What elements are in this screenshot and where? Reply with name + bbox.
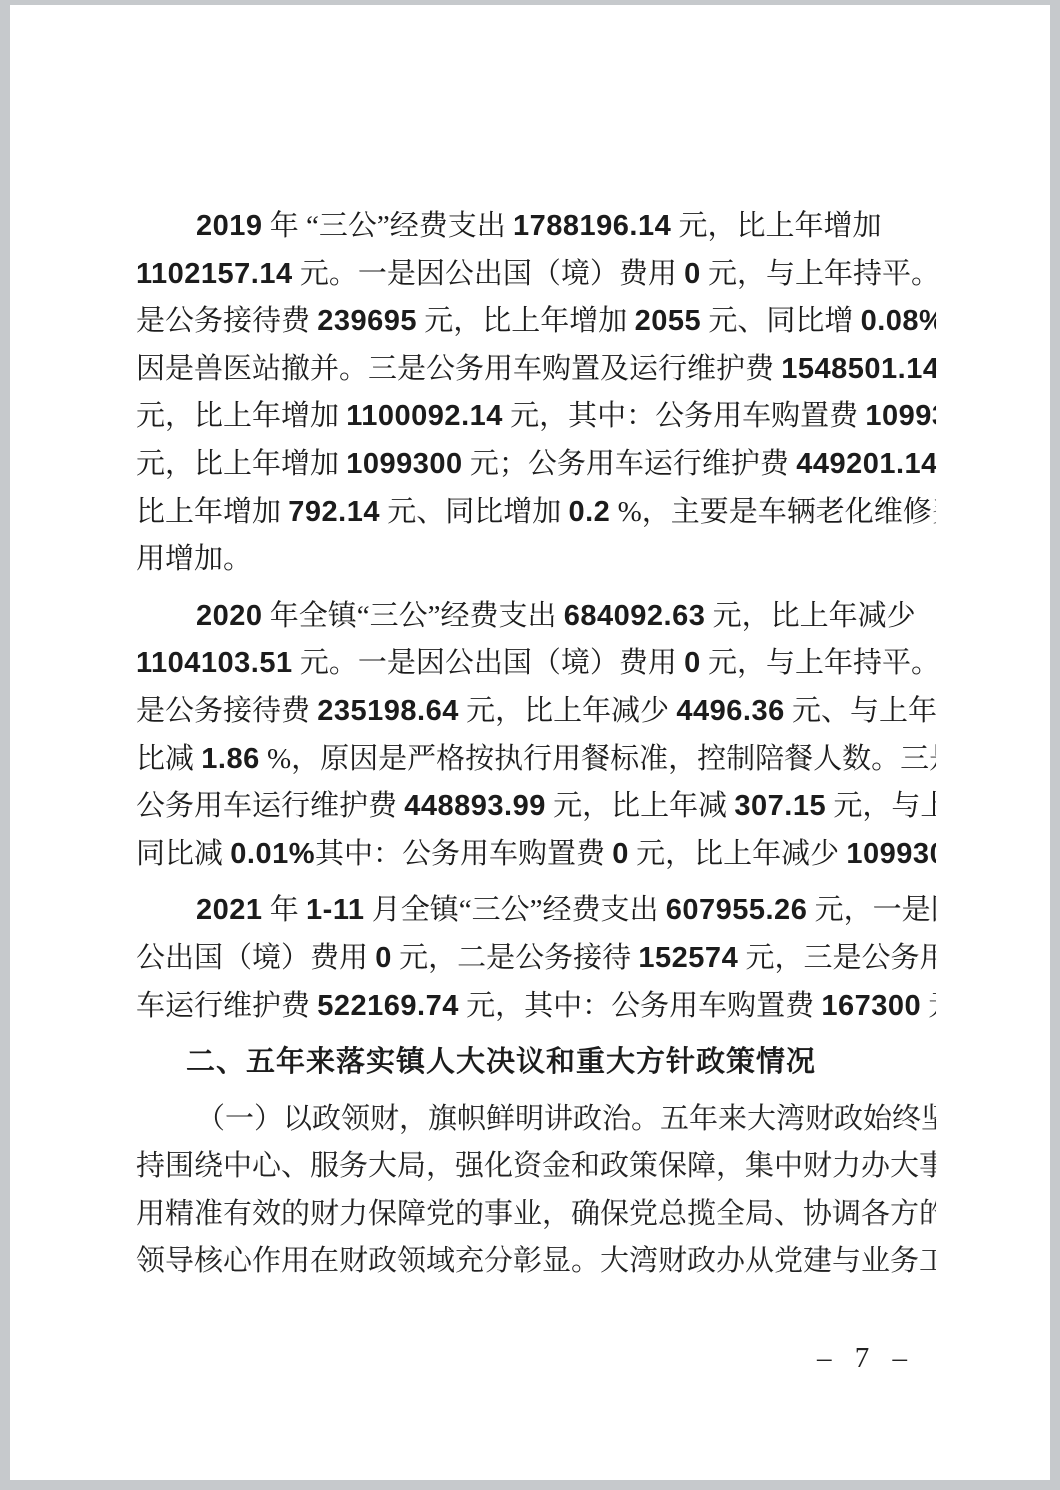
numeric-value: 1099300	[346, 448, 462, 480]
numeric-value: 152574	[638, 942, 738, 974]
numeric-value: 448893.99	[404, 790, 546, 822]
text-line: 2021 年 1-11 月全镇“三公”经费支出 607955.26 元，一是因	[136, 887, 936, 935]
text-line: 元，比上年增加 1099300 元；公务用车运行维护费 449201.14 元，	[136, 441, 936, 489]
numeric-value: 2055	[635, 305, 702, 337]
numeric-value: 1-11	[306, 894, 364, 926]
numeric-value: 0	[684, 258, 701, 290]
text-line: 用增加。	[136, 536, 936, 584]
numeric-value: 1099300	[846, 838, 936, 870]
text-line: 是公务接待费 239695 元，比上年增加 2055 元、同比增 0.08%原	[136, 298, 936, 346]
numeric-value: 792.14	[288, 496, 380, 528]
numeric-value: 1102157.14	[136, 258, 293, 290]
numeric-value: 1788196.14	[513, 210, 671, 242]
paragraph: 2021 年 1-11 月全镇“三公”经费支出 607955.26 元，一是因公…	[136, 887, 936, 1030]
numeric-value: 0.08%	[861, 305, 936, 337]
numeric-value: 1104103.51	[136, 647, 293, 679]
numeric-value: 307.15	[734, 790, 826, 822]
document-page: 2019 年 “三公”经费支出 1788196.14 元，比上年增加110215…	[10, 5, 1050, 1480]
numeric-value: 2020	[196, 600, 263, 632]
numeric-value: 607955.26	[666, 894, 808, 926]
numeric-value: 2019	[196, 210, 263, 242]
numeric-value: 1099300	[865, 400, 936, 432]
text-line: 是公务接待费 235198.64 元，比上年减少 4496.36 元、与上年同	[136, 688, 936, 736]
numeric-value: 449201.14	[796, 448, 936, 480]
numeric-value: 239695	[317, 305, 417, 337]
section-heading: 二、五年来落实镇人大决议和重大方针政策情况	[136, 1039, 936, 1087]
text-line: 元，比上年增加 1100092.14 元，其中：公务用车购置费 1099300	[136, 393, 936, 441]
numeric-value: 522169.74	[317, 990, 459, 1022]
text-line: 用精准有效的财力保障党的事业，确保党总揽全局、协调各方的	[136, 1191, 936, 1239]
text-line: 因是兽医站撤并。三是公务用车购置及运行维护费 1548501.14	[136, 346, 936, 394]
text-line: 车运行维护费 522169.74 元，其中：公务用车购置费 167300 元。	[136, 983, 936, 1031]
numeric-value: 1.86	[201, 743, 259, 775]
numeric-value: 0	[375, 942, 392, 974]
text-line: 领导核心作用在财政领域充分彰显。大湾财政办从党建与业务工	[136, 1238, 936, 1286]
numeric-value: 0	[612, 838, 629, 870]
text-line: 2019 年 “三公”经费支出 1788196.14 元，比上年增加	[136, 203, 936, 251]
text-line: 公务用车运行维护费 448893.99 元，比上年减 307.15 元，与上年	[136, 783, 936, 831]
paragraph: （一）以政领财，旗帜鲜明讲政治。五年来大湾财政始终坚持围绕中心、服务大局，强化资…	[136, 1096, 936, 1286]
numeric-value: 0.2	[568, 496, 610, 528]
numeric-value: 2021	[196, 894, 263, 926]
numeric-value: 684092.63	[564, 600, 706, 632]
text-line: 持围绕中心、服务大局，强化资金和政策保障，集中财力办大事，	[136, 1143, 936, 1191]
numeric-value: 0.01%	[230, 838, 315, 870]
numeric-value: 167300	[821, 990, 921, 1022]
numeric-value: 4496.36	[676, 695, 784, 727]
numeric-value: 1548501.14	[781, 353, 936, 385]
text-line: 同比减 0.01%其中：公务用车购置费 0 元，比上年减少 1099300 元。	[136, 831, 936, 879]
text-line: 比上年增加 792.14 元、同比增加 0.2 %，主要是车辆老化维修费	[136, 489, 936, 537]
text-line: 2020 年全镇“三公”经费支出 684092.63 元，比上年减少	[136, 593, 936, 641]
text-line: 比减 1.86 %，原因是严格按执行用餐标准，控制陪餐人数。三是	[136, 736, 936, 784]
text-line: 1104103.51 元。一是因公出国（境）费用 0 元，与上年持平。二	[136, 640, 936, 688]
numeric-value: 0	[684, 647, 701, 679]
paragraph: 2019 年 “三公”经费支出 1788196.14 元，比上年增加110215…	[136, 203, 936, 584]
paragraph: 2020 年全镇“三公”经费支出 684092.63 元，比上年减少110410…	[136, 593, 936, 879]
text-line: （一）以政领财，旗帜鲜明讲政治。五年来大湾财政始终坚	[136, 1096, 936, 1144]
document-body: 2019 年 “三公”经费支出 1788196.14 元，比上年增加110215…	[136, 203, 936, 1295]
text-line: 1102157.14 元。一是因公出国（境）费用 0 元，与上年持平。二	[136, 251, 936, 299]
page-number: – 7 –	[817, 1342, 915, 1375]
numeric-value: 235198.64	[317, 695, 459, 727]
heading-line: 二、五年来落实镇人大决议和重大方针政策情况	[136, 1039, 936, 1087]
text-line: 公出国（境）费用 0 元，二是公务接待 152574 元，三是公务用	[136, 935, 936, 983]
numeric-value: 1100092.14	[346, 400, 503, 432]
